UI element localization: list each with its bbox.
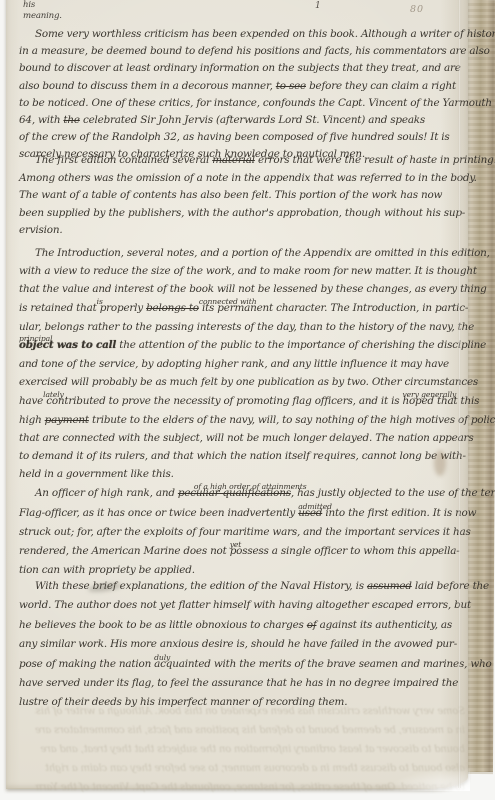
handwritten-text: tribute to the elders of the navy, will,…: [89, 414, 495, 426]
manuscript-text: his meaning. 1 80 Some very worthless cr…: [19, 0, 471, 788]
manuscript-line: Some very worthless criticism has been e…: [19, 26, 471, 43]
handwritten-text: is retained that: [19, 302, 97, 314]
manuscript-line: 64, with the celebrated Sir John Jervis …: [19, 112, 471, 129]
paragraph-3: The Introduction, several notes, and a p…: [19, 244, 471, 484]
handwritten-text: The first edition contained several: [35, 154, 212, 166]
handwritten-text: tion can with propriety be applied.: [19, 564, 195, 576]
handwritten-text: Some very worthless criticism has been e…: [35, 28, 495, 40]
page-corner-curl: [380, 765, 470, 791]
handwritten-text: to be noticed. One of these critics, for…: [19, 97, 492, 109]
handwritten-text: contributed to prove the necessity of pr…: [43, 395, 402, 407]
struck-out-text: payment: [45, 414, 89, 426]
manuscript-line: The want of a table of contents has also…: [19, 187, 471, 205]
manuscript-page: his meaning. 1 80 Some very worthless cr…: [6, 0, 468, 789]
handwritten-text: any similar work. His more anxious desir…: [19, 638, 457, 650]
manuscript-line: The first edition contained several mate…: [19, 152, 471, 170]
handwritten-text: high: [19, 414, 45, 426]
manuscript-line: any similar work. His more anxious desir…: [19, 635, 471, 654]
carryover-word: his: [23, 0, 62, 11]
manuscript-line: of the crew of the Randolph 32, as havin…: [19, 129, 471, 146]
paragraph-1: Some very worthless criticism has been e…: [19, 26, 471, 164]
handwritten-text: also bound to discuss them in a decorous…: [19, 80, 276, 92]
manuscript-line: also bound to discuss them in a decorous…: [19, 78, 471, 95]
handwritten-text: in a measure, be deemed bound to defend …: [19, 45, 490, 57]
manuscript-line: with a view to reduce the size of the wo…: [19, 262, 471, 280]
paragraph-4: An officer of high rank, and of a high o…: [19, 484, 471, 580]
paper-stain: [434, 450, 446, 476]
handwritten-text: struck out; for, after the exploits of f…: [19, 526, 471, 538]
handwritten-text: bound to discover at least ordinary info…: [19, 62, 461, 74]
manuscript-line: been supplied by the publishers, with th…: [19, 205, 471, 223]
carryover-word: meaning.: [23, 11, 62, 22]
handwritten-text: he believes the book to be as little obn…: [19, 619, 307, 631]
handwritten-text: into the first edition. It is now: [322, 507, 476, 519]
manuscript-line: world. The author does not yet flatter h…: [19, 596, 471, 615]
handwritten-text: world. The author does not yet flatter h…: [19, 599, 471, 611]
handwritten-text: with a view to reduce the size of the wo…: [19, 265, 477, 277]
ink-mark: 1: [315, 1, 321, 11]
handwritten-text: 64, with: [19, 114, 63, 126]
manuscript-line: rendered, the American Marine does not y…: [19, 542, 471, 562]
manuscript-line: ular, belongs rather to the passing inte…: [19, 318, 471, 336]
struck-out-text: to see: [276, 80, 306, 92]
handwritten-text: ervision.: [19, 224, 62, 236]
handwritten-text: ular, belongs rather to the passing inte…: [19, 321, 474, 333]
struck-out-text: assumed: [367, 580, 412, 592]
handwritten-text: properly: [97, 302, 146, 314]
bleed-through-line: Some very worthless criticism has been e…: [35, 702, 465, 721]
manuscript-line: is retained thatis properly belongs toco…: [19, 299, 471, 318]
manuscript-line: and tone of the service, by adopting hig…: [19, 355, 471, 373]
manuscript-line: An officer of high rank, and of a high o…: [19, 484, 471, 504]
struck-out-text: belongs to: [146, 302, 199, 314]
handwritten-text: been supplied by the publishers, with th…: [19, 207, 465, 219]
handwritten-text: of the crew of the Randolph 32, as havin…: [19, 131, 450, 143]
struck-out-text: material: [212, 154, 255, 166]
paragraph-5: With these brief explanations, the editi…: [19, 577, 471, 713]
handwritten-text: celebrated Sir John Jervis (afterwards L…: [80, 114, 425, 126]
manuscript-line: held in a government like this.: [19, 465, 471, 483]
handwritten-text: With these brief explanations, the editi…: [35, 580, 367, 592]
handwritten-text: , has justly objected to the use of the …: [291, 487, 495, 499]
handwritten-text: have served under its flag, to feel the …: [19, 677, 458, 689]
manuscript-line: Among others was the omission of a note …: [19, 170, 471, 188]
handwritten-text: that are connected with the subject, wil…: [19, 432, 473, 444]
handwritten-text: before they can claim a right: [306, 80, 456, 92]
handwritten-text: that the value and interest of the book …: [19, 283, 487, 295]
manuscript-line: principalobject was to call the attentio…: [19, 336, 471, 355]
manuscript-line: that are connected with the subject, wil…: [19, 429, 471, 447]
handwritten-text: An officer of high rank, and: [35, 487, 178, 499]
handwritten-text: and tone of the service, by adopting hig…: [19, 358, 449, 370]
handwritten-text: the attention of the public to the impor…: [116, 339, 486, 351]
handwritten-text: The Introduction, several notes, and a p…: [35, 247, 490, 259]
manuscript-line: in a measure, be deemed bound to defend …: [19, 43, 471, 60]
manuscript-line: to be noticed. One of these critics, for…: [19, 95, 471, 112]
struck-out-text: the: [63, 114, 79, 126]
handwritten-text: exercised will probably be as much felt …: [19, 376, 478, 388]
handwritten-text: to demand it of its rulers, and that whi…: [19, 450, 466, 462]
bleed-through-line: bound to discover at least ordinary info…: [35, 740, 465, 759]
manuscript-line: pose of making the nation dulyacquainted…: [19, 655, 471, 674]
handwritten-text: laid before the: [412, 580, 489, 592]
pencil-page-number: 80: [410, 4, 424, 15]
manuscript-line: have served under its flag, to feel the …: [19, 674, 471, 693]
handwritten-text: held in a government like this.: [19, 468, 174, 480]
manuscript-line: Flag-officer, as it has once or twice be…: [19, 504, 471, 524]
handwritten-text: possess a single officer to whom this ap…: [230, 545, 460, 557]
handwritten-text: have: [19, 395, 43, 407]
paragraph-2: The first edition contained several mate…: [19, 152, 471, 240]
handwritten-text: Among others was the omission of a note …: [19, 172, 477, 184]
handwritten-text: pose of making the nation: [19, 658, 154, 670]
handwritten-text: rendered, the American Marine does not: [19, 545, 230, 557]
manuscript-line: he believes the book to be as little obn…: [19, 616, 471, 635]
handwritten-text: acquainted with the merits of the brave …: [154, 658, 491, 670]
manuscript-line: With these brief explanations, the editi…: [19, 577, 471, 596]
bleed-through-line: in a measure, be deemed bound to defend …: [35, 721, 465, 740]
manuscript-line: high payment tribute to the elders of th…: [19, 411, 471, 429]
manuscript-line: struck out; for, after the exploits of f…: [19, 523, 471, 542]
handwritten-text: errors that were the result of haste in …: [255, 154, 495, 166]
manuscript-line: ervision.: [19, 222, 471, 240]
manuscript-line: The Introduction, several notes, and a p…: [19, 244, 471, 262]
manuscript-line: havelately contributed to prove the nece…: [19, 392, 471, 411]
manuscript-line: bound to discover at least ordinary info…: [19, 60, 471, 77]
scanned-manuscript: his meaning. 1 80 Some very worthless cr…: [0, 0, 495, 800]
carryover-words: his meaning.: [23, 0, 62, 22]
handwritten-text: against its authenticity, as: [316, 619, 452, 631]
handwritten-text: The want of a table of contents has also…: [19, 189, 442, 201]
handwritten-text: Flag-officer, as it has once or twice be…: [19, 507, 298, 519]
manuscript-line: to demand it of its rulers, and that whi…: [19, 447, 471, 465]
